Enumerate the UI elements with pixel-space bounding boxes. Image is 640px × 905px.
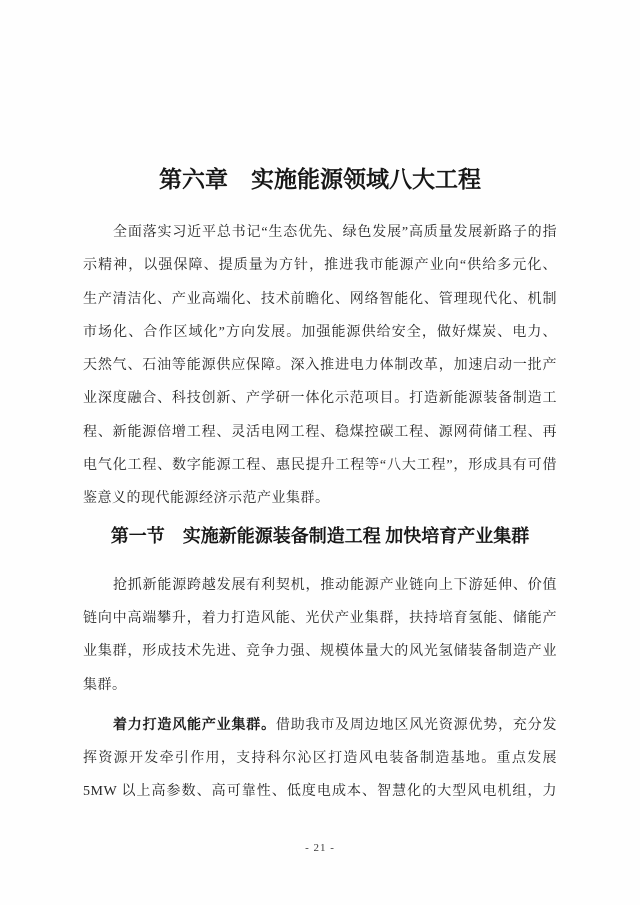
paragraph-line: 程、新能源倍增工程、灵活电网工程、稳煤控碳工程、源网荷储工程、再	[83, 416, 557, 449]
paragraph-line: 业集群，形成技术先进、竞争力强、规模体量大的风光氢储装备制造产业	[83, 635, 557, 668]
paragraph-line: 示精神，以强保障、提质量为方针，推进我市能源产业向“供给多元化、	[83, 249, 557, 282]
paragraph-line-text: 借助我市及周边地区风光资源优势，充分发	[276, 718, 557, 733]
paragraph: 着力打造风能产业集群。借助我市及周边地区风光资源优势，充分发 挥资源开发牵引作用…	[83, 709, 557, 809]
paragraph-line: 挥资源开发牵引作用，支持科尔沁区打造风电装备制造基地。重点发展	[83, 742, 557, 775]
paragraph: 抢抓新能源跨越发展有利契机，推动能源产业链向上下游延伸、价值 链向中高端攀升，着…	[83, 569, 557, 702]
paragraph-line: 5MW 以上高参数、高可靠性、低度电成本、智慧化的大型风电机组，力	[83, 775, 557, 808]
paragraph-line: 着力打造风能产业集群。借助我市及周边地区风光资源优势，充分发	[83, 709, 557, 742]
paragraph: 全面落实习近平总书记“生态优先、绿色发展”高质量发展新路子的指 示精神，以强保障…	[83, 216, 557, 516]
section-heading: 第一节 实施新能源装备制造工程 加快培育产业集群	[83, 520, 557, 553]
bold-lead-text: 着力打造风能产业集群。	[113, 718, 276, 733]
paragraph-line: 电气化工程、数字能源工程、惠民提升工程等“八大工程”，形成具有可借	[83, 449, 557, 482]
paragraph-line: 生产清洁化、产业高端化、技术前瞻化、网络智能化、管理现代化、机制	[83, 283, 557, 316]
page-number: - 21 -	[0, 840, 640, 856]
document-page: 第六章 实施能源领域八大工程 全面落实习近平总书记“生态优先、绿色发展”高质量发…	[0, 0, 640, 905]
paragraph-line: 集群。	[83, 669, 557, 702]
chapter-title: 第六章 实施能源领域八大工程	[83, 162, 557, 198]
paragraph-line: 链向中高端攀升，着力打造风能、光伏产业集群，扶持培育氢能、储能产	[83, 602, 557, 635]
paragraph-line: 鉴意义的现代能源经济示范产业集群。	[83, 482, 557, 515]
paragraph-line: 天然气、石油等能源供应保障。深入推进电力体制改革，加速启动一批产	[83, 349, 557, 382]
paragraph-line: 抢抓新能源跨越发展有利契机，推动能源产业链向上下游延伸、价值	[83, 569, 557, 602]
paragraph-line: 市场化、合作区域化”方向发展。加强能源供给安全，做好煤炭、电力、	[83, 316, 557, 349]
paragraph-line: 业深度融合、科技创新、产学研一体化示范项目。打造新能源装备制造工	[83, 382, 557, 415]
paragraph-line: 全面落实习近平总书记“生态优先、绿色发展”高质量发展新路子的指	[83, 216, 557, 249]
